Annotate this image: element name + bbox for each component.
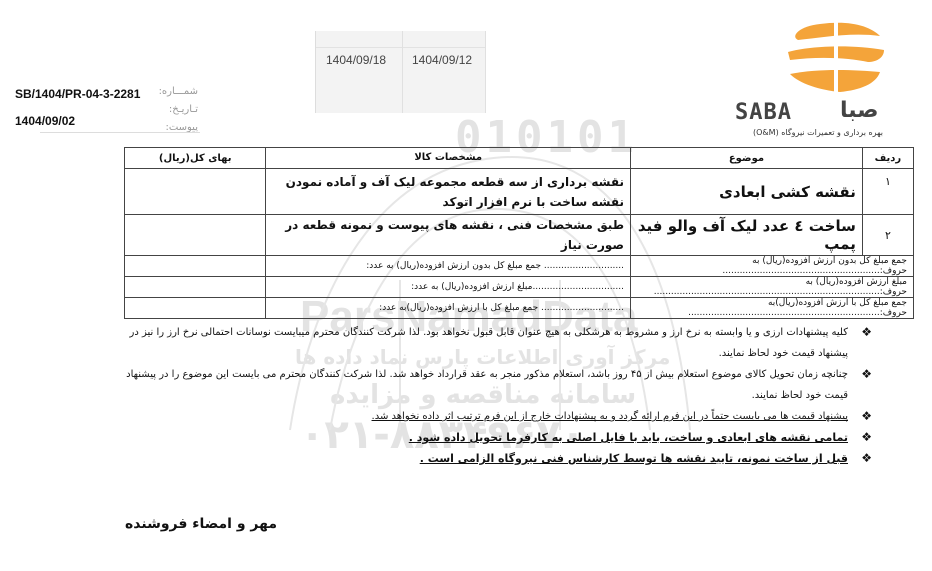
note-text: کلیه پیشنهادات ارزی و یا وابسته به نرخ ا… (130, 327, 848, 359)
row-spec: نقشه برداری از سه قطعه مجموعه لیک آف و آ… (266, 169, 631, 215)
logo-subtitle: بهره برداری و تعمیرات نیروگاه (O&M) (733, 128, 903, 137)
total-row-without-vat: جمع مبلغ کل بدون ارزش افزوده(ریال) به حر… (125, 256, 914, 277)
number-label: شمـــاره: (159, 86, 198, 97)
vat-words[interactable]: مبلغ ارزش افزوده(ریال) به حروف:.........… (631, 277, 914, 298)
note-item: ❖ چنانچه زمان تحویل کالای موضوع استعلام … (112, 364, 872, 406)
logo-brand-latin: SABA (735, 100, 792, 125)
note-item: ❖ تمامی نقشه های ابعادی و ساخت، باید با … (112, 427, 872, 448)
date-box: 1404/09/18 1404/09/12 (315, 31, 486, 113)
notes-list: ❖ کلیه پیشنهادات ارزی و یا وابسته به نرخ… (112, 322, 872, 469)
header-row-number: ردیف (862, 148, 913, 169)
total-digits-without-vat[interactable]: ............................ جمع مبلغ کل… (266, 256, 631, 277)
note-item: ❖ کلیه پیشنهادات ارزی و یا وابسته به نرخ… (112, 322, 872, 364)
row-subject: ساخت ٤ عدد لیک آف والو فید پمپ (631, 215, 863, 256)
date-value-1: 1404/09/18 (326, 53, 386, 67)
diamond-bullet-icon: ❖ (861, 448, 872, 469)
header-divider (40, 132, 200, 133)
date-label: تـاریـخ: (169, 104, 198, 115)
saba-logo-icon (780, 18, 890, 96)
total-row-with-vat: جمع مبلغ کل با ارزش افزوده(ریال)به حروف:… (125, 298, 914, 319)
note-text: قبل از ساخت نمونه، تایید نقشه ها توسط کا… (420, 452, 848, 465)
date-value-2: 1404/09/12 (412, 53, 472, 67)
diamond-bullet-icon: ❖ (861, 427, 872, 448)
note-text: تمامی نقشه های ابعادی و ساخت، باید با فا… (409, 431, 848, 444)
document-date: 1404/09/02 (15, 114, 75, 128)
row-spec: طبق مشخصات فنی ، نقشه های پیوست و نمونه … (266, 215, 631, 256)
document-number: SB/1404/PR-04-3-2281 (15, 87, 140, 101)
table-header-row: ردیف موضوع مشخصات کالا بهای کل(ریال) (125, 148, 914, 169)
total-digits-with-vat[interactable]: ............................. جمع مبلغ ک… (266, 298, 631, 319)
total-words-with-vat[interactable]: جمع مبلغ کل با ارزش افزوده(ریال)به حروف:… (631, 298, 914, 319)
diamond-bullet-icon: ❖ (861, 322, 872, 343)
total-price-cell[interactable] (125, 256, 266, 277)
diamond-bullet-icon: ❖ (861, 364, 872, 385)
header-total-price: بهای کل(ریال) (125, 148, 266, 169)
row-subject: نقشه کشی ابعادی (631, 169, 863, 215)
logo-brand-persian: صبا (840, 98, 879, 123)
row-number: ۲ (862, 215, 913, 256)
total-with-vat-price-cell[interactable] (125, 298, 266, 319)
total-words-without-vat[interactable]: جمع مبلغ کل بدون ارزش افزوده(ریال) به حر… (631, 256, 914, 277)
vat-digits[interactable]: ................................مبلغ ارز… (266, 277, 631, 298)
note-text: چنانچه زمان تحویل کالای موضوع استعلام بی… (126, 369, 848, 401)
header-spec: مشخصات کالا (266, 148, 631, 169)
items-table: ردیف موضوع مشخصات کالا بهای کل(ریال) ۱ ن… (124, 147, 914, 319)
total-row-vat: مبلغ ارزش افزوده(ریال) به حروف:.........… (125, 277, 914, 298)
row-price-input[interactable] (125, 215, 266, 256)
row-price-input[interactable] (125, 169, 266, 215)
note-text: پیشنهاد قیمت ها می بایست حتماً در این فر… (372, 411, 848, 422)
diamond-bullet-icon: ❖ (861, 406, 872, 427)
header-subject: موضوع (631, 148, 863, 169)
note-item: ❖ پیشنهاد قیمت ها می بایست حتماً در این … (112, 406, 872, 427)
row-number: ۱ (862, 169, 913, 215)
seller-signature-label: مهر و امضاء فروشنده (125, 516, 277, 532)
table-row: ۲ ساخت ٤ عدد لیک آف والو فید پمپ طبق مشخ… (125, 215, 914, 256)
table-row: ۱ نقشه کشی ابعادی نقشه برداری از سه قطعه… (125, 169, 914, 215)
note-item: ❖ قبل از ساخت نمونه، تایید نقشه ها توسط … (112, 448, 872, 469)
vat-price-cell[interactable] (125, 277, 266, 298)
